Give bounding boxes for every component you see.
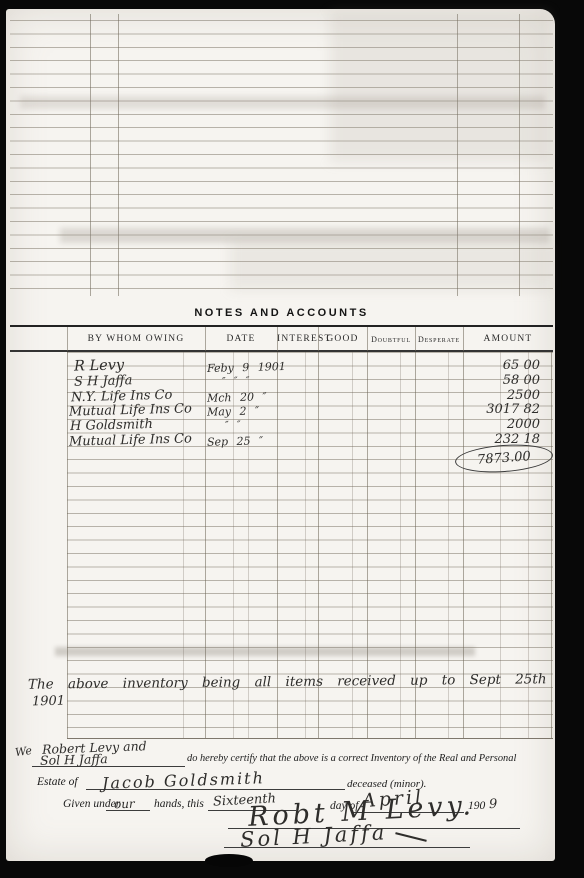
entry-date: ″ ″ (225, 420, 241, 431)
entry-amount: 2500 (452, 388, 568, 403)
scanned-document-page: NOTES AND ACCOUNTS BY WHOM OWING DATE IN… (0, 0, 584, 878)
top-ledger-vline (457, 14, 458, 296)
entry-by-whom: H Goldsmith (70, 417, 153, 434)
estate-of-label: Estate of (37, 776, 78, 788)
header-vline (367, 327, 368, 351)
table-vline (551, 352, 552, 738)
column-header-by-whom-owing: BY WHOM OWING (67, 329, 205, 344)
hands-word: our (114, 797, 135, 812)
given-under-label: Given under (63, 798, 120, 810)
entry-amount: 65 00 (452, 358, 548, 373)
header-vline (277, 327, 278, 351)
scan-edge-blob (205, 854, 253, 867)
total-amount: 7873.00 (477, 449, 532, 468)
entry-date: Sep 25 ″ (207, 434, 264, 448)
column-header-interest: INTEREST (277, 329, 318, 344)
entry-by-whom: R Levy (74, 357, 125, 374)
header-vline (205, 327, 206, 351)
year-digit: 9 (489, 797, 498, 812)
entry-date: ″ ″ ″ (222, 376, 250, 388)
entry-amount: 58 00 (452, 373, 548, 388)
entry-amount: 2000 (452, 417, 568, 432)
cert-prefix: We (14, 744, 33, 759)
entry-date: Feby 9 1901 (207, 360, 286, 375)
top-ledger-vline (118, 14, 119, 296)
entry-by-whom: Mutual Life Ins Co (69, 431, 192, 449)
header-vline (67, 327, 68, 351)
entry-amount: 3017 82 (452, 402, 543, 417)
top-ledger-ruling (10, 20, 553, 296)
header-vline (318, 327, 319, 351)
cert-printed-text: do hereby certify that the above is a co… (187, 753, 516, 764)
title-rule (10, 325, 553, 327)
header-vline (463, 327, 464, 351)
column-header-desperate: Desperate (415, 329, 463, 344)
cert-names-underline (32, 766, 185, 767)
signature2-line (224, 847, 470, 848)
hands-this-label: hands, this (154, 798, 204, 810)
top-ledger-vline (90, 14, 91, 296)
inventory-note-line2: 1901 (32, 694, 65, 710)
column-header-date: DATE (205, 329, 277, 344)
section-title: NOTES AND ACCOUNTS (10, 307, 553, 319)
column-header-doubtful: Doubtful (367, 329, 415, 344)
header-vline (415, 327, 416, 351)
top-ledger-vline (519, 14, 520, 296)
column-header-good: GOOD (318, 329, 367, 344)
entry-date: May 2 ″ (207, 404, 259, 418)
entry-date: Mch 20 ″ (207, 390, 267, 405)
entry-by-whom: S H Jaffa (74, 373, 133, 390)
column-header-amount: AMOUNT (463, 329, 553, 344)
